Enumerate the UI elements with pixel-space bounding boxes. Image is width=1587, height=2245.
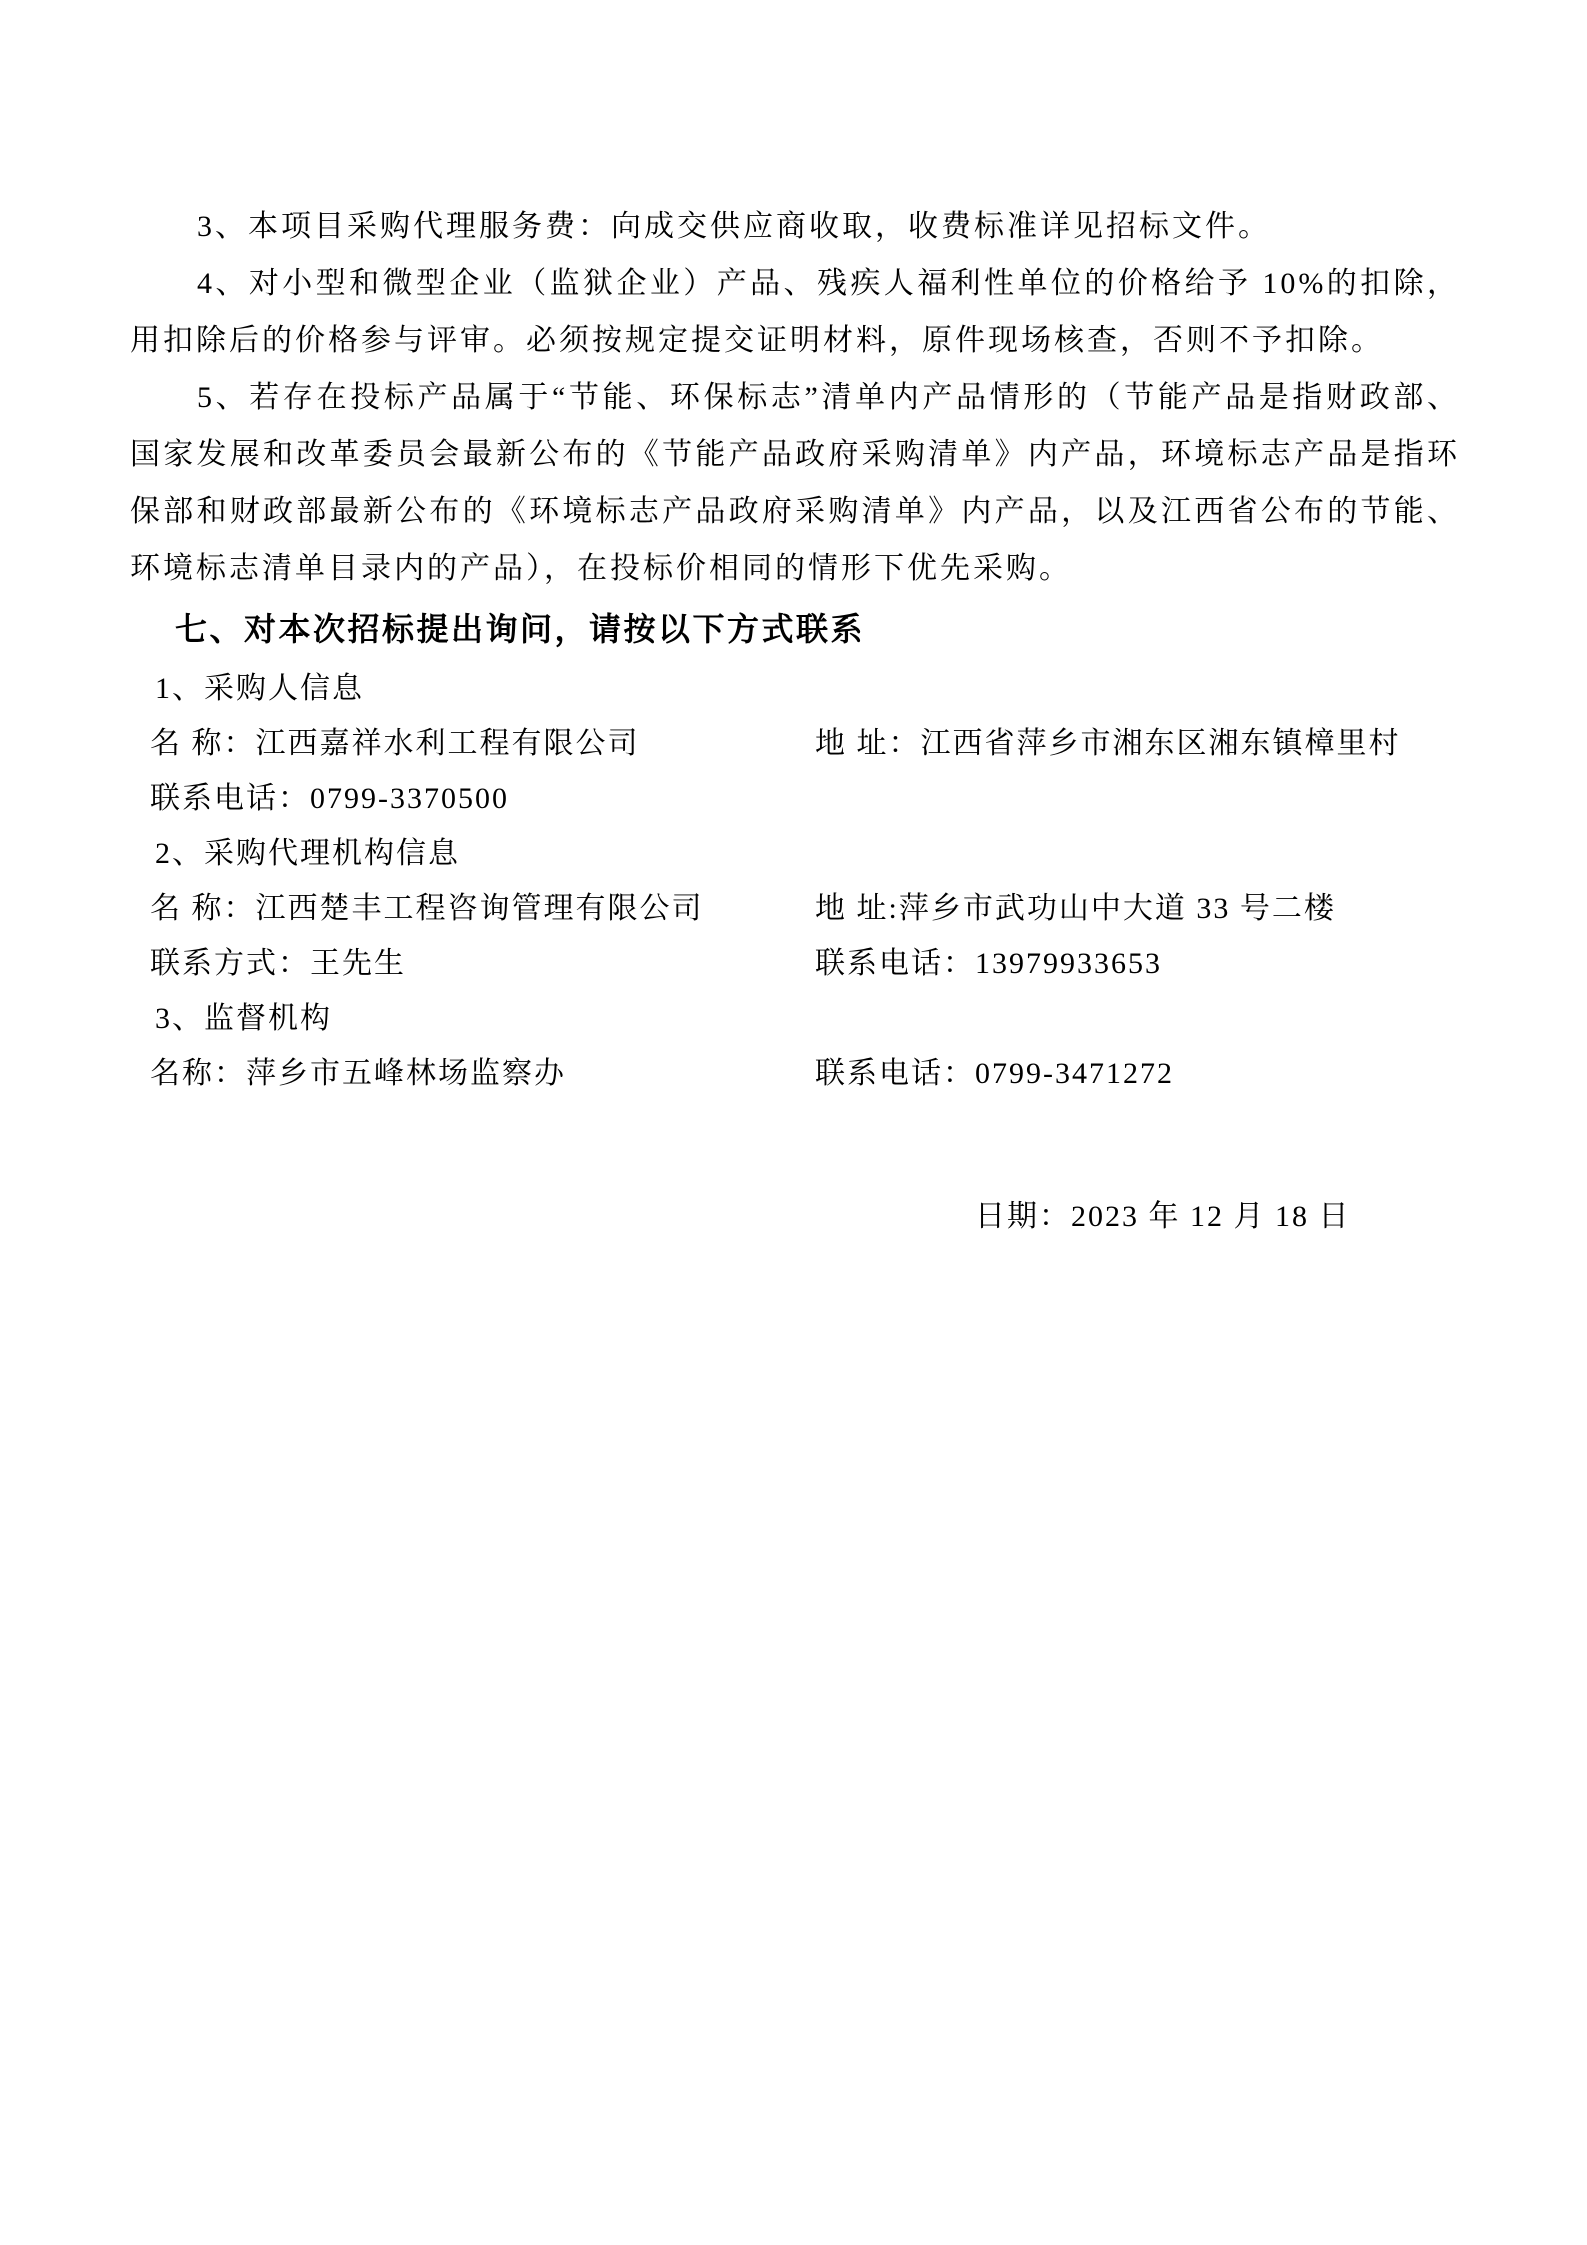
contact-group-heading: 1、采购人信息 — [130, 661, 1460, 716]
contact-group-supervisor: 3、监督机构 名称：萍乡市五峰林场监察办 联系电话：0799-3471272 — [130, 991, 1460, 1101]
contact-row: 联系电话：0799-3370500 — [130, 771, 1460, 826]
date-line: 日期：2023 年 12 月 18 日 — [130, 1189, 1460, 1244]
empty-cell — [815, 771, 1460, 826]
purchaser-address: 地 址：江西省萍乡市湘东区湘东镇樟里村 — [815, 716, 1460, 771]
contact-row: 联系方式：王先生 联系电话：13979933653 — [130, 936, 1460, 991]
supervisor-name: 名称：萍乡市五峰林场监察办 — [150, 1046, 815, 1101]
contact-group-heading: 3、监督机构 — [130, 991, 1460, 1046]
section-heading-inquiry-contact: 七、对本次招标提出询问，请按以下方式联系 — [130, 597, 1460, 661]
contact-group-purchaser: 1、采购人信息 名 称：江西嘉祥水利工程有限公司 地 址：江西省萍乡市湘东区湘东… — [130, 661, 1460, 826]
agency-name: 名 称：江西楚丰工程咨询管理有限公司 — [150, 881, 815, 936]
paragraph-small-enterprise-deduction: 4、对小型和微型企业（监狱企业）产品、残疾人福利性单位的价格给予 10%的扣除，… — [130, 255, 1460, 369]
supervisor-phone: 联系电话：0799-3471272 — [815, 1046, 1460, 1101]
paragraph-agency-fee: 3、本项目采购代理服务费：向成交供应商收取，收费标准详见招标文件。 — [130, 198, 1460, 255]
document-page: 3、本项目采购代理服务费：向成交供应商收取，收费标准详见招标文件。 4、对小型和… — [0, 0, 1587, 2245]
paragraph-energy-saving-products: 5、若存在投标产品属于“节能、环保标志”清单内产品情形的（节能产品是指财政部、国… — [130, 369, 1460, 597]
contact-row: 名 称：江西嘉祥水利工程有限公司 地 址：江西省萍乡市湘东区湘东镇樟里村 — [130, 716, 1460, 771]
contact-row: 名称：萍乡市五峰林场监察办 联系电话：0799-3471272 — [130, 1046, 1460, 1101]
contact-group-heading: 2、采购代理机构信息 — [130, 826, 1460, 881]
contact-group-agency: 2、采购代理机构信息 名 称：江西楚丰工程咨询管理有限公司 地 址:萍乡市武功山… — [130, 826, 1460, 991]
agency-address: 地 址:萍乡市武功山中大道 33 号二楼 — [815, 881, 1460, 936]
contact-row: 名 称：江西楚丰工程咨询管理有限公司 地 址:萍乡市武功山中大道 33 号二楼 — [130, 881, 1460, 936]
agency-contact-person: 联系方式：王先生 — [150, 936, 815, 991]
purchaser-name: 名 称：江西嘉祥水利工程有限公司 — [150, 716, 815, 771]
agency-phone: 联系电话：13979933653 — [815, 936, 1460, 991]
purchaser-phone: 联系电话：0799-3370500 — [150, 771, 815, 826]
